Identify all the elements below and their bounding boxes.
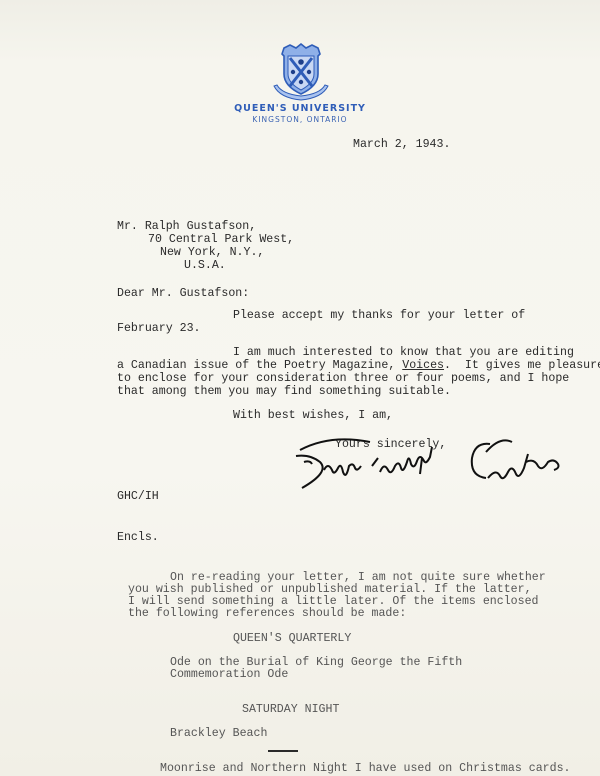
enclosure-note: Encls. [117, 531, 159, 544]
body-p1-line2: February 23. [117, 322, 201, 335]
recipient-city: New York, N.Y., [160, 246, 264, 259]
publication-queens-quarterly: QUEEN'S QUARTERLY [233, 632, 351, 645]
postscript-line4: the following references should be made: [128, 607, 406, 620]
letter-page: QUEEN'S UNIVERSITY KINGSTON, ONTARIO Mar… [0, 0, 600, 776]
body-p2-line2-pre: a Canadian issue of the Poetry Magazine, [117, 359, 402, 372]
final-note: Moonrise and Northern Night I have used … [160, 762, 571, 775]
body-p2-line2-post: . It gives me pleasure [444, 359, 600, 372]
body-p2-line2: a Canadian issue of the Poetry Magazine,… [117, 359, 600, 372]
body-p2-line1: I am much interested to know that you ar… [233, 346, 574, 359]
body-p2-line4: that among them you may find something s… [117, 385, 451, 398]
recipient-street: 70 Central Park West, [148, 233, 294, 246]
pub2-item-1: Brackley Beach [170, 727, 267, 740]
salutation: Dear Mr. Gustafson: [117, 287, 249, 300]
magazine-title: Voices [402, 359, 444, 372]
typist-initials: GHC/IH [117, 490, 159, 503]
letterhead-location: KINGSTON, ONTARIO [200, 115, 400, 124]
pub1-item-2: Commemoration Ode [170, 668, 288, 681]
signature-icon [290, 432, 580, 492]
body-p3: With best wishes, I am, [233, 409, 393, 422]
letterhead-institution: QUEEN'S UNIVERSITY [200, 103, 400, 114]
recipient-name: Mr. Ralph Gustafson, [117, 220, 256, 233]
recipient-country: U.S.A. [184, 259, 226, 272]
body-p1-line1: Please accept my thanks for your letter … [233, 309, 525, 322]
university-crest-icon [270, 42, 332, 104]
divider-rule [268, 750, 298, 752]
body-p2-line3: to enclose for your consideration three … [117, 372, 569, 385]
publication-saturday-night: SATURDAY NIGHT [242, 703, 339, 716]
letter-date: March 2, 1943. [353, 138, 450, 151]
